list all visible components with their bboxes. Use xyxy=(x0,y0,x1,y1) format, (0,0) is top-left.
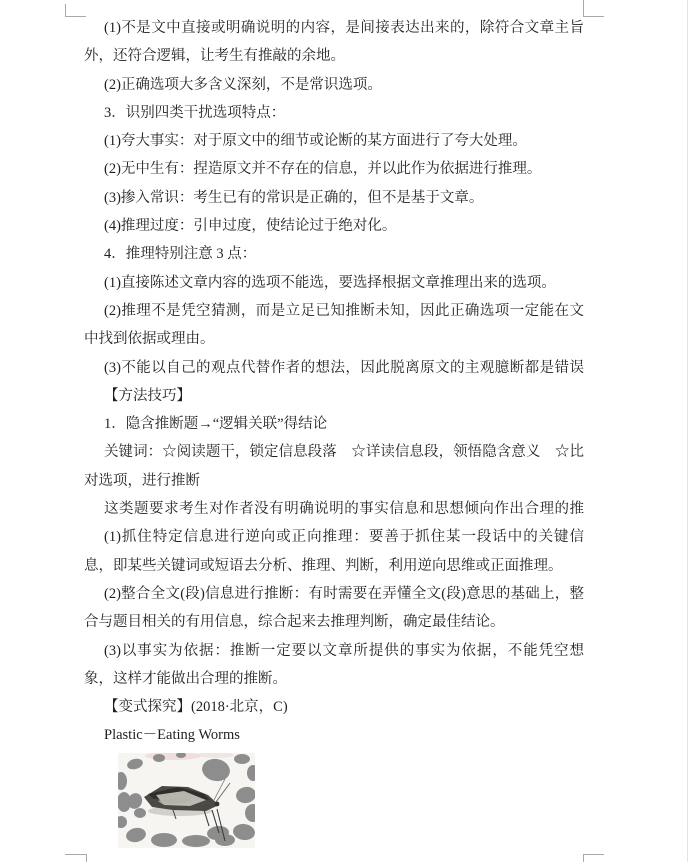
paragraph: (4)推理过度：引申过度，使结论过于绝对化。 xyxy=(84,212,584,240)
plastic-eating-worm-photo xyxy=(118,753,255,848)
section-title-methods: 【方法技巧】 xyxy=(84,382,584,410)
paragraph: (2)正确选项大多含义深刻，不是常识选项。 xyxy=(84,71,584,99)
crop-mark-bottom-left-horizontal xyxy=(65,854,86,855)
paragraph: (3)以事实为依据：推断一定要以文章所提供的事实为依据，不能凭空想象，这样才能做… xyxy=(84,637,584,694)
worm-photo-graphic xyxy=(118,753,255,848)
crop-mark-top-left-horizontal xyxy=(65,16,86,17)
crop-mark-bottom-left-vertical xyxy=(86,854,87,862)
section-title-variant: 【变式探究】(2018·北京，C) xyxy=(84,693,584,721)
article-title: Plastic－Eating Worms xyxy=(84,721,584,749)
paragraph: (2)无中生有：捏造原文并不存在的信息，并以此作为依据进行推理。 xyxy=(84,155,584,183)
document-page: (1)不是文中直接或明确说明的内容，是间接表达出来的，除符合文章主旨外，还符合逻… xyxy=(0,0,692,862)
crop-mark-bottom-right-horizontal xyxy=(583,854,604,855)
paragraph: (1)不是文中直接或明确说明的内容，是间接表达出来的，除符合文章主旨外，还符合逻… xyxy=(84,14,584,71)
paragraph: (1)夸大事实：对于原文中的细节或论断的某方面进行了夸大处理。 xyxy=(84,127,584,155)
paragraph: (3)掺入常识：考生已有的常识是正确的，但不是基于文章。 xyxy=(84,184,584,212)
paragraph: (1)抓住特定信息进行逆向或正向推理：要善于抓住某一段话中的关键信息，即某些关键… xyxy=(84,523,584,580)
crop-mark-top-right-horizontal xyxy=(583,16,604,17)
paragraph: (1)直接陈述文章内容的选项不能选，要选择根据文章推理出来的选项。 xyxy=(84,269,584,297)
paragraph: 1．隐含推断题→“逻辑关联”得结论 xyxy=(84,410,584,438)
crop-mark-bottom-right-vertical xyxy=(583,854,584,862)
paragraph: (2)推理不是凭空猜测，而是立足已知推断未知，因此正确选项一定能在文中找到依据或… xyxy=(84,297,584,354)
page-right-edge xyxy=(687,0,688,862)
document-body: (1)不是文中直接或明确说明的内容，是间接表达出来的，除符合文章主旨外，还符合逻… xyxy=(84,0,584,750)
paragraph: 这类题要求考生对作者没有明确说明的事实信息和思想倾向作出合理的推断。 xyxy=(84,495,584,523)
section-heading: 4．推理特别注意 3 点： xyxy=(84,240,584,268)
paragraph: (3)不能以自己的观点代替作者的想法，因此脱离原文的主观臆断都是错误的。 xyxy=(84,354,584,382)
paragraph: (2)整合全文(段)信息进行推断：有时需要在弄懂全文(段)意思的基础上，整合与题… xyxy=(84,580,584,637)
keywords-line: 关键词：☆阅读题干，锁定信息段落 ☆详读信息段，领悟隐含意义 ☆比对选项，进行推… xyxy=(84,438,584,495)
section-heading: 3．识别四类干扰选项特点： xyxy=(84,99,584,127)
